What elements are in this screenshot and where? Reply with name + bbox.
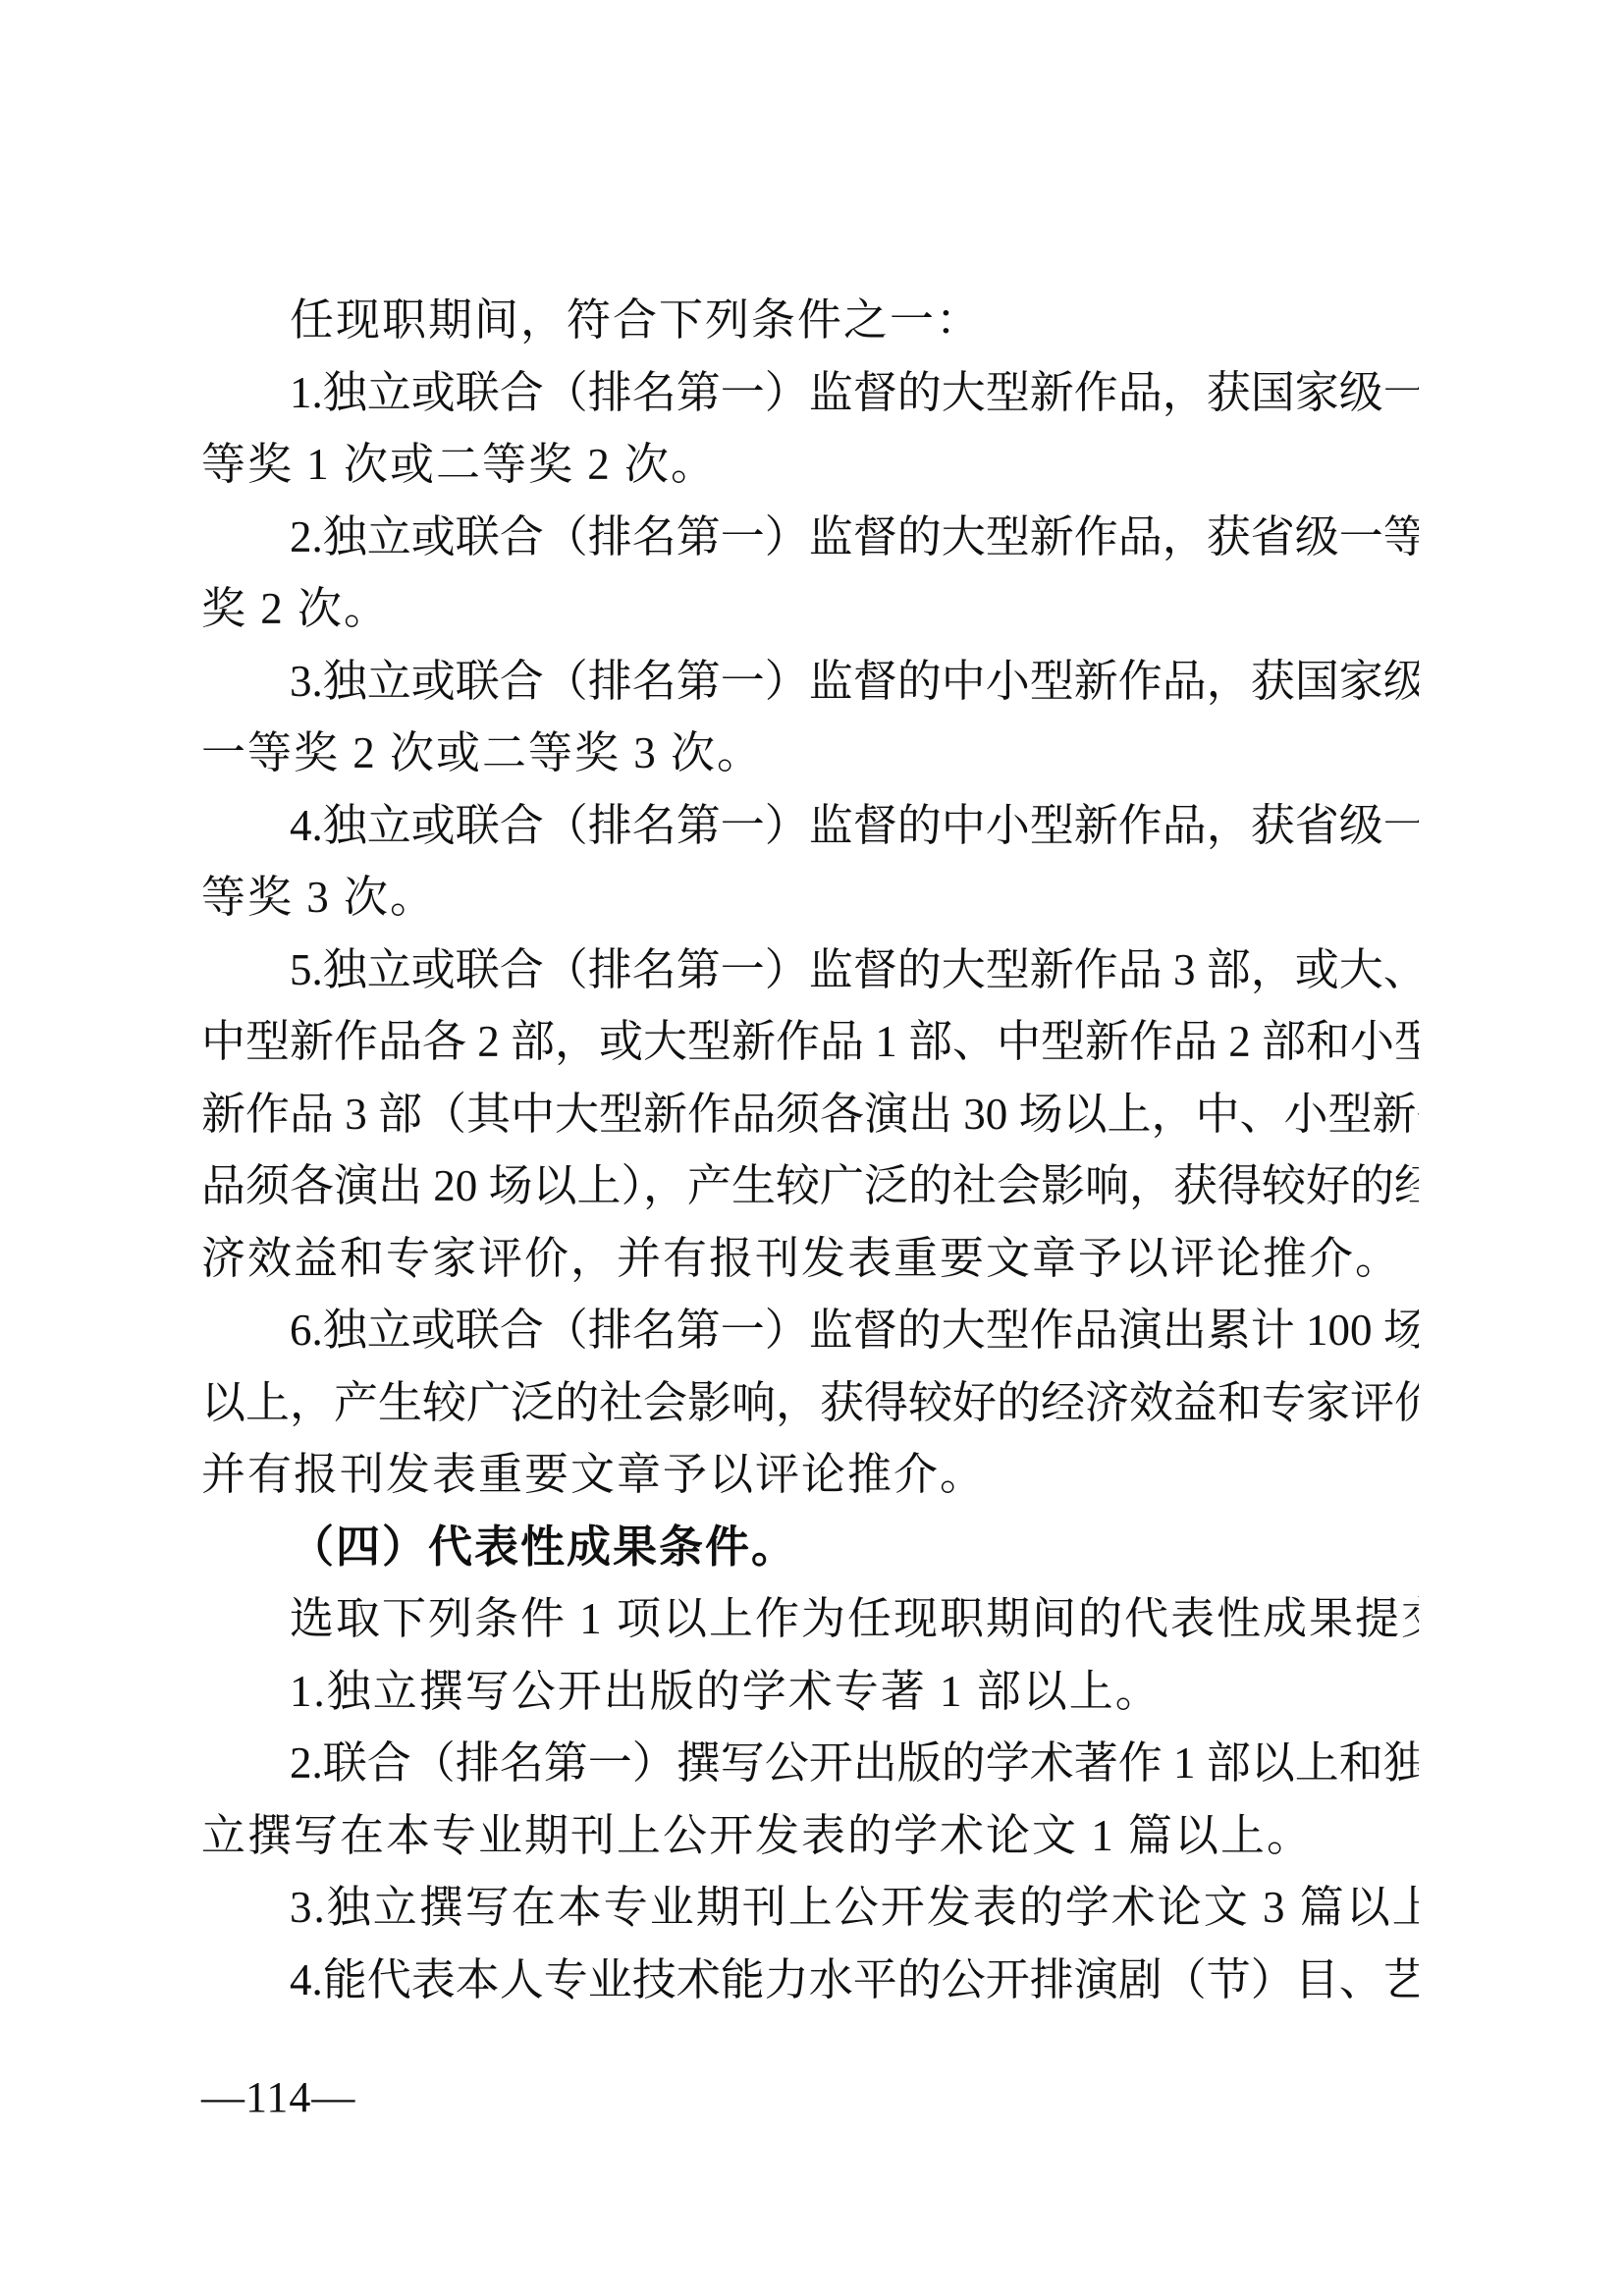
- text-line: 并有报刊发表重要文章予以评论推介。: [201, 1439, 1419, 1512]
- section-heading: （四）代表性成果条件。: [201, 1512, 1419, 1584]
- document-page: 任现职期间，符合下列条件之一：1.独立或联合（排名第一）监督的大型新作品，获国家…: [0, 0, 1623, 2296]
- text-line: 新作品 3 部（其中大型新作品须各演出 30 场以上，中、小型新作: [201, 1079, 1419, 1151]
- text-line: 4.独立或联合（排名第一）监督的中小型新作品，获省级一: [201, 790, 1419, 863]
- text-line: 5.独立或联合（排名第一）监督的大型新作品 3 部，或大、: [201, 934, 1419, 1007]
- text-line: 3.独立或联合（排名第一）监督的中小型新作品，获国家级: [201, 646, 1419, 719]
- text-line: 济效益和专家评价，并有报刊发表重要文章予以评论推介。: [201, 1223, 1419, 1296]
- text-line: 品须各演出 20 场以上），产生较广泛的社会影响，获得较好的经: [201, 1150, 1419, 1223]
- text-line: 2.联合（排名第一）撰写公开出版的学术著作 1 部以上和独: [201, 1728, 1419, 1800]
- text-line: 立撰写在本专业期刊上公开发表的学术论文 1 篇以上。: [201, 1800, 1419, 1873]
- text-line: 4.能代表本人专业技术能力水平的公开排演剧（节）目、艺: [201, 1945, 1419, 2017]
- text-line: 等奖 1 次或二等奖 2 次。: [201, 429, 1419, 502]
- text-line: 1.独立或联合（排名第一）监督的大型新作品，获国家级一: [201, 357, 1419, 430]
- text-line: 以上，产生较广泛的社会影响，获得较好的经济效益和专家评价，: [201, 1367, 1419, 1440]
- text-line: 1.独立撰写公开出版的学术专著 1 部以上。: [201, 1656, 1419, 1729]
- text-line: 任现职期间，符合下列条件之一：: [201, 285, 1419, 357]
- text-line: 中型新作品各 2 部，或大型新作品 1 部、中型新作品 2 部和小型: [201, 1006, 1419, 1079]
- text-line: 等奖 3 次。: [201, 862, 1419, 934]
- text-line: 6.独立或联合（排名第一）监督的大型作品演出累计 100 场: [201, 1295, 1419, 1367]
- page-number: —114—: [201, 2061, 355, 2134]
- text-line: 奖 2 次。: [201, 573, 1419, 646]
- text-line: 3.独立撰写在本专业期刊上公开发表的学术论文 3 篇以上。: [201, 1872, 1419, 1945]
- text-line: 一等奖 2 次或二等奖 3 次。: [201, 718, 1419, 790]
- text-line: 选取下列条件 1 项以上作为任现职期间的代表性成果提交评审:: [201, 1583, 1419, 1656]
- text-line: 2.独立或联合（排名第一）监督的大型新作品，获省级一等: [201, 502, 1419, 574]
- body-text: 任现职期间，符合下列条件之一：1.独立或联合（排名第一）监督的大型新作品，获国家…: [201, 285, 1419, 2016]
